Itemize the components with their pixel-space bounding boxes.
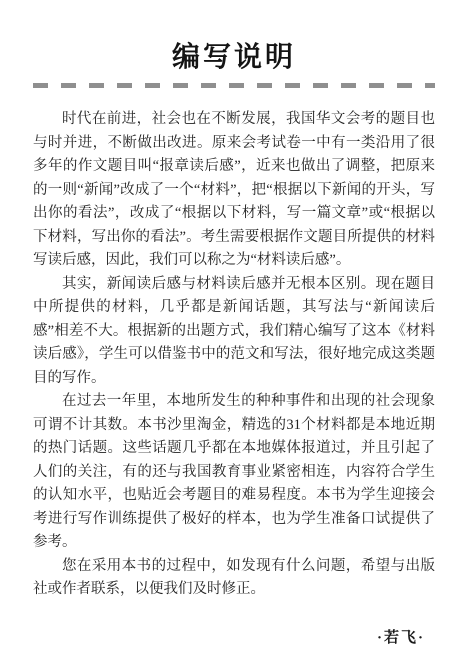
paragraph-4: 您在采用本书的过程中，如发现有什么问题，希望与出版社或作者联系，以便我们及时修正… (33, 555, 435, 602)
book-page: 编写说明 时代在前进，社会也在不断发展，我国华文会考的题目也与时并进，不断做出改… (0, 0, 469, 663)
title-divider-dashed-rule (33, 83, 435, 88)
paragraph-3: 在过去一年里，本地所发生的种种事件和出现的社会现象可谓不计其数。本书沙里淘金，精… (33, 390, 435, 555)
author-signature: ·若飞· (33, 626, 435, 647)
body-text: 时代在前进，社会也在不断发展，我国华文会考的题目也与时并进，不断做出改进。原来会… (33, 108, 435, 602)
paragraph-1: 时代在前进，社会也在不断发展，我国华文会考的题目也与时并进，不断做出改进。原来会… (33, 108, 435, 273)
page-title: 编写说明 (33, 40, 435, 74)
paragraph-2: 其实，新闻读后感与材料读后感并无根本区别。现在题目中所提供的材料，几乎都是新闻话… (33, 273, 435, 391)
